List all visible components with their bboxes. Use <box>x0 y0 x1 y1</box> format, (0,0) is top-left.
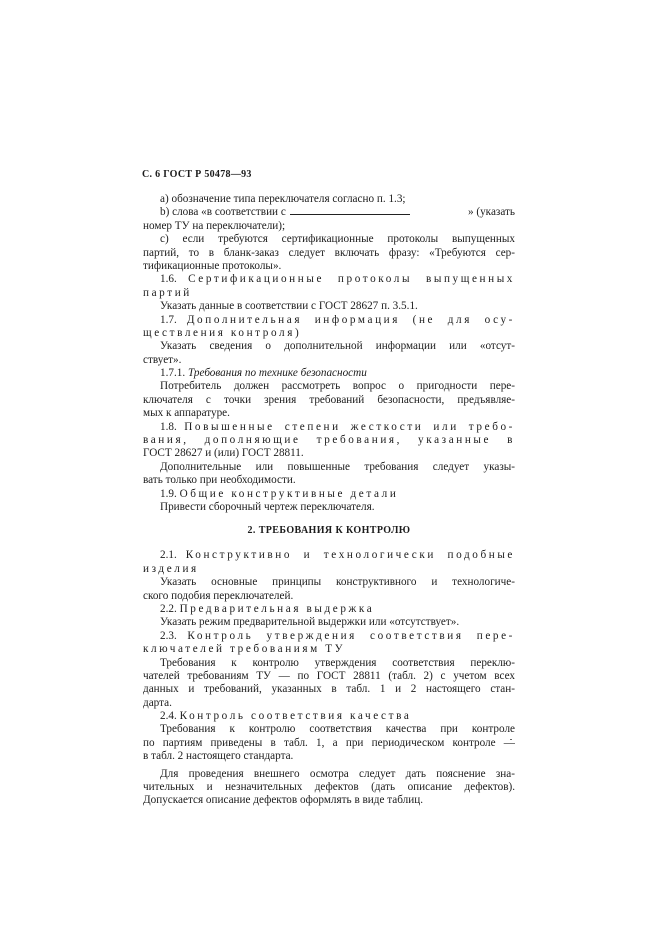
clause-1-8-heading: 1.8. Повышенные степени жесткости или тр… <box>143 421 515 434</box>
list-item-c: с) если требуются сертификационные прото… <box>143 233 515 246</box>
list-item-a: а) обозначение типа переключателя соглас… <box>143 193 515 206</box>
clause-1-8-body-cont: вать только при необходимости. <box>143 474 515 487</box>
list-item-b: b) слова «в соответствии с » (указать <box>143 206 515 219</box>
clause-1-7-1-body-2: ключателя с точки зрения требований безо… <box>143 394 515 407</box>
scan-speck <box>510 739 512 740</box>
final-paragraph-2: чительных и незначительных дефектов (дат… <box>143 781 515 794</box>
clause-2-1-body: Указать основные принципы конструктивног… <box>143 576 515 589</box>
clause-2-3-body-3: данных и требований, указанных в табл. 1… <box>143 683 515 696</box>
clause-1-7-body-cont: ствует». <box>143 354 515 367</box>
document-body: а) обозначение типа переключателя соглас… <box>143 193 515 808</box>
clause-1-7-1-heading: 1.7.1. Требования по технике безопасност… <box>143 367 515 380</box>
final-paragraph-3: Допускается описание дефектов оформлять … <box>143 794 515 807</box>
clause-2-3-body-2: чателей требованиям ТУ — по ГОСТ 28811 (… <box>143 670 515 683</box>
final-paragraph-1: Для проведения внешнего осмотра следует … <box>143 768 515 781</box>
list-item-c-end: тификационные протоколы». <box>143 260 515 273</box>
page-header: С. 6 ГОСТ Р 50478—93 <box>142 169 252 180</box>
clause-1-7-heading-cont: ществления контроля) <box>143 327 515 340</box>
clause-2-4-body-3: в табл. 2 настоящего стандарта. <box>143 750 515 763</box>
clause-2-3-heading: 2.3. Контроль утверждения соответствия п… <box>143 630 515 643</box>
list-item-b-tail: » (указать <box>468 206 515 219</box>
list-item-c-cont: партий, то в бланк-заказ следует включат… <box>143 247 515 260</box>
clause-1-8-body: Дополнительные или повышенные требования… <box>143 461 515 474</box>
list-item-b-text: b) слова «в соответствии с <box>160 206 286 218</box>
clause-1-8-heading-cont: вания, дополняющие требования, указанные… <box>143 434 515 447</box>
clause-1-7-1-body-3: мых к аппаратуре. <box>143 407 515 420</box>
clause-1-7-1-body: Потребитель должен рассмотреть вопрос о … <box>143 380 515 393</box>
clause-1-7-body: Указать сведения о дополнительной информ… <box>143 340 515 353</box>
clause-2-1-heading: 2.1. Конструктивно и технологически подо… <box>143 549 515 562</box>
clause-2-2-body: Указать режим предварительной выдержки и… <box>143 616 515 629</box>
clause-1-8-heading-tail: ГОСТ 28627 и (или) ГОСТ 28811. <box>143 447 515 460</box>
blank-line <box>290 206 410 215</box>
clause-2-4-body-2: по партиям приведены в табл. 1, а при пе… <box>143 737 515 750</box>
clause-1-9-heading: 1.9. Общие конструктивные детали <box>143 488 515 501</box>
clause-1-6-heading: 1.6. Сертификационные протоколы выпущенн… <box>143 273 515 286</box>
clause-1-6-body: Указать данные в соответствии с ГОСТ 286… <box>143 300 515 313</box>
clause-2-1-heading-cont: изделия <box>143 563 515 576</box>
clause-1-7-heading: 1.7. Дополнительная информация (не для о… <box>143 314 515 327</box>
clause-2-4-heading: 2.4. Контроль соответствия качества <box>143 710 515 723</box>
list-item-b-cont: номер ТУ на переключатели); <box>143 220 515 233</box>
clause-2-3-body-4: дарта. <box>143 697 515 710</box>
section-2-title: 2. ТРЕБОВАНИЯ К КОНТРОЛЮ <box>143 524 515 537</box>
clause-2-3-heading-cont: ключателей требованиям ТУ <box>143 643 515 656</box>
clause-1-9-body: Привести сборочный чертеж переключателя. <box>143 501 515 514</box>
clause-1-6-heading-cont: партий <box>143 287 515 300</box>
clause-2-3-body: Требования к контролю утверждения соотве… <box>143 657 515 670</box>
clause-2-4-body: Требования к контролю соответствия качес… <box>143 723 515 736</box>
clause-2-2-heading: 2.2. Предварительная выдержка <box>143 603 515 616</box>
clause-2-1-body-cont: ского подобия переключателей. <box>143 590 515 603</box>
